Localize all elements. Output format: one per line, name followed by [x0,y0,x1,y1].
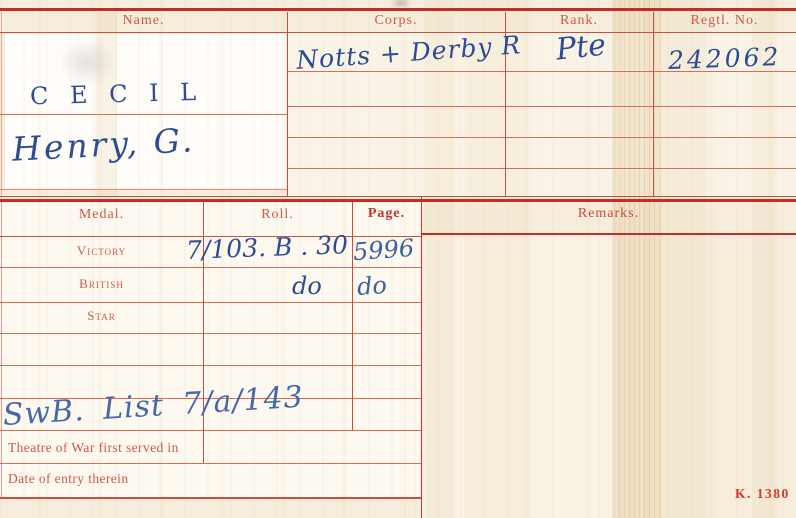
medal-row-british: British [0,277,203,290]
name-mid-rule [0,114,287,115]
divider-roll-page [352,202,353,430]
rule [287,106,796,107]
date-of-entry-label: Date of entry therein [8,472,128,486]
card-top-border [0,8,796,11]
remarks-header-underline [421,233,796,235]
victory-roll-handwriting: 7/103. B . 30 [186,232,349,263]
corps-column-header: Corps. [287,14,505,28]
rank-column-header: Rank. [505,14,653,28]
forename-handwriting: Henry, G. [11,123,196,166]
section-divider-thick [0,199,796,202]
victory-page-handwriting: 5996 [352,236,415,264]
rule [0,333,421,334]
roll-column-header: Roll. [203,208,352,222]
paper-stain [390,0,412,8]
rank-handwriting: Pte [555,30,608,65]
page-column-header: Page. [352,207,421,221]
name-bottom-rule [0,189,287,190]
card-left-edge [1,12,2,197]
name-column-header: Name. [0,14,287,28]
british-roll-handwriting: do [292,274,322,298]
rule [0,302,421,303]
regtl-no-column-header: Regtl. No. [653,14,796,28]
top-header-underline [0,32,796,33]
rule [0,365,421,366]
divider-page-remarks [421,197,422,518]
form-reference: K. 1380 [735,486,790,502]
theatre-of-war-label: Theatre of War first served in [8,441,179,455]
medal-column-header: Medal. [0,208,203,222]
section-divider-thin [0,196,796,197]
rule [0,463,421,464]
rule [287,168,796,169]
surname-handwriting: C E C I L [30,80,204,109]
medal-index-card: Name. Corps. Rank. Regtl. No. Medal. Rol… [0,0,796,518]
british-page-handwriting: do [356,273,387,299]
remarks-column-header: Remarks. [421,207,796,221]
rule [287,137,796,138]
rule [0,497,421,499]
paper-stain [58,38,116,86]
medal-row-victory: Victory [0,244,203,257]
rule [0,267,421,268]
remarks-panel [422,237,617,518]
divider-name-corps [287,12,288,197]
divider-rank-regtl [653,12,654,197]
medal-row-star: Star [0,309,203,322]
regtl-no-handwriting: 242062 [668,44,782,73]
rule [0,430,421,431]
